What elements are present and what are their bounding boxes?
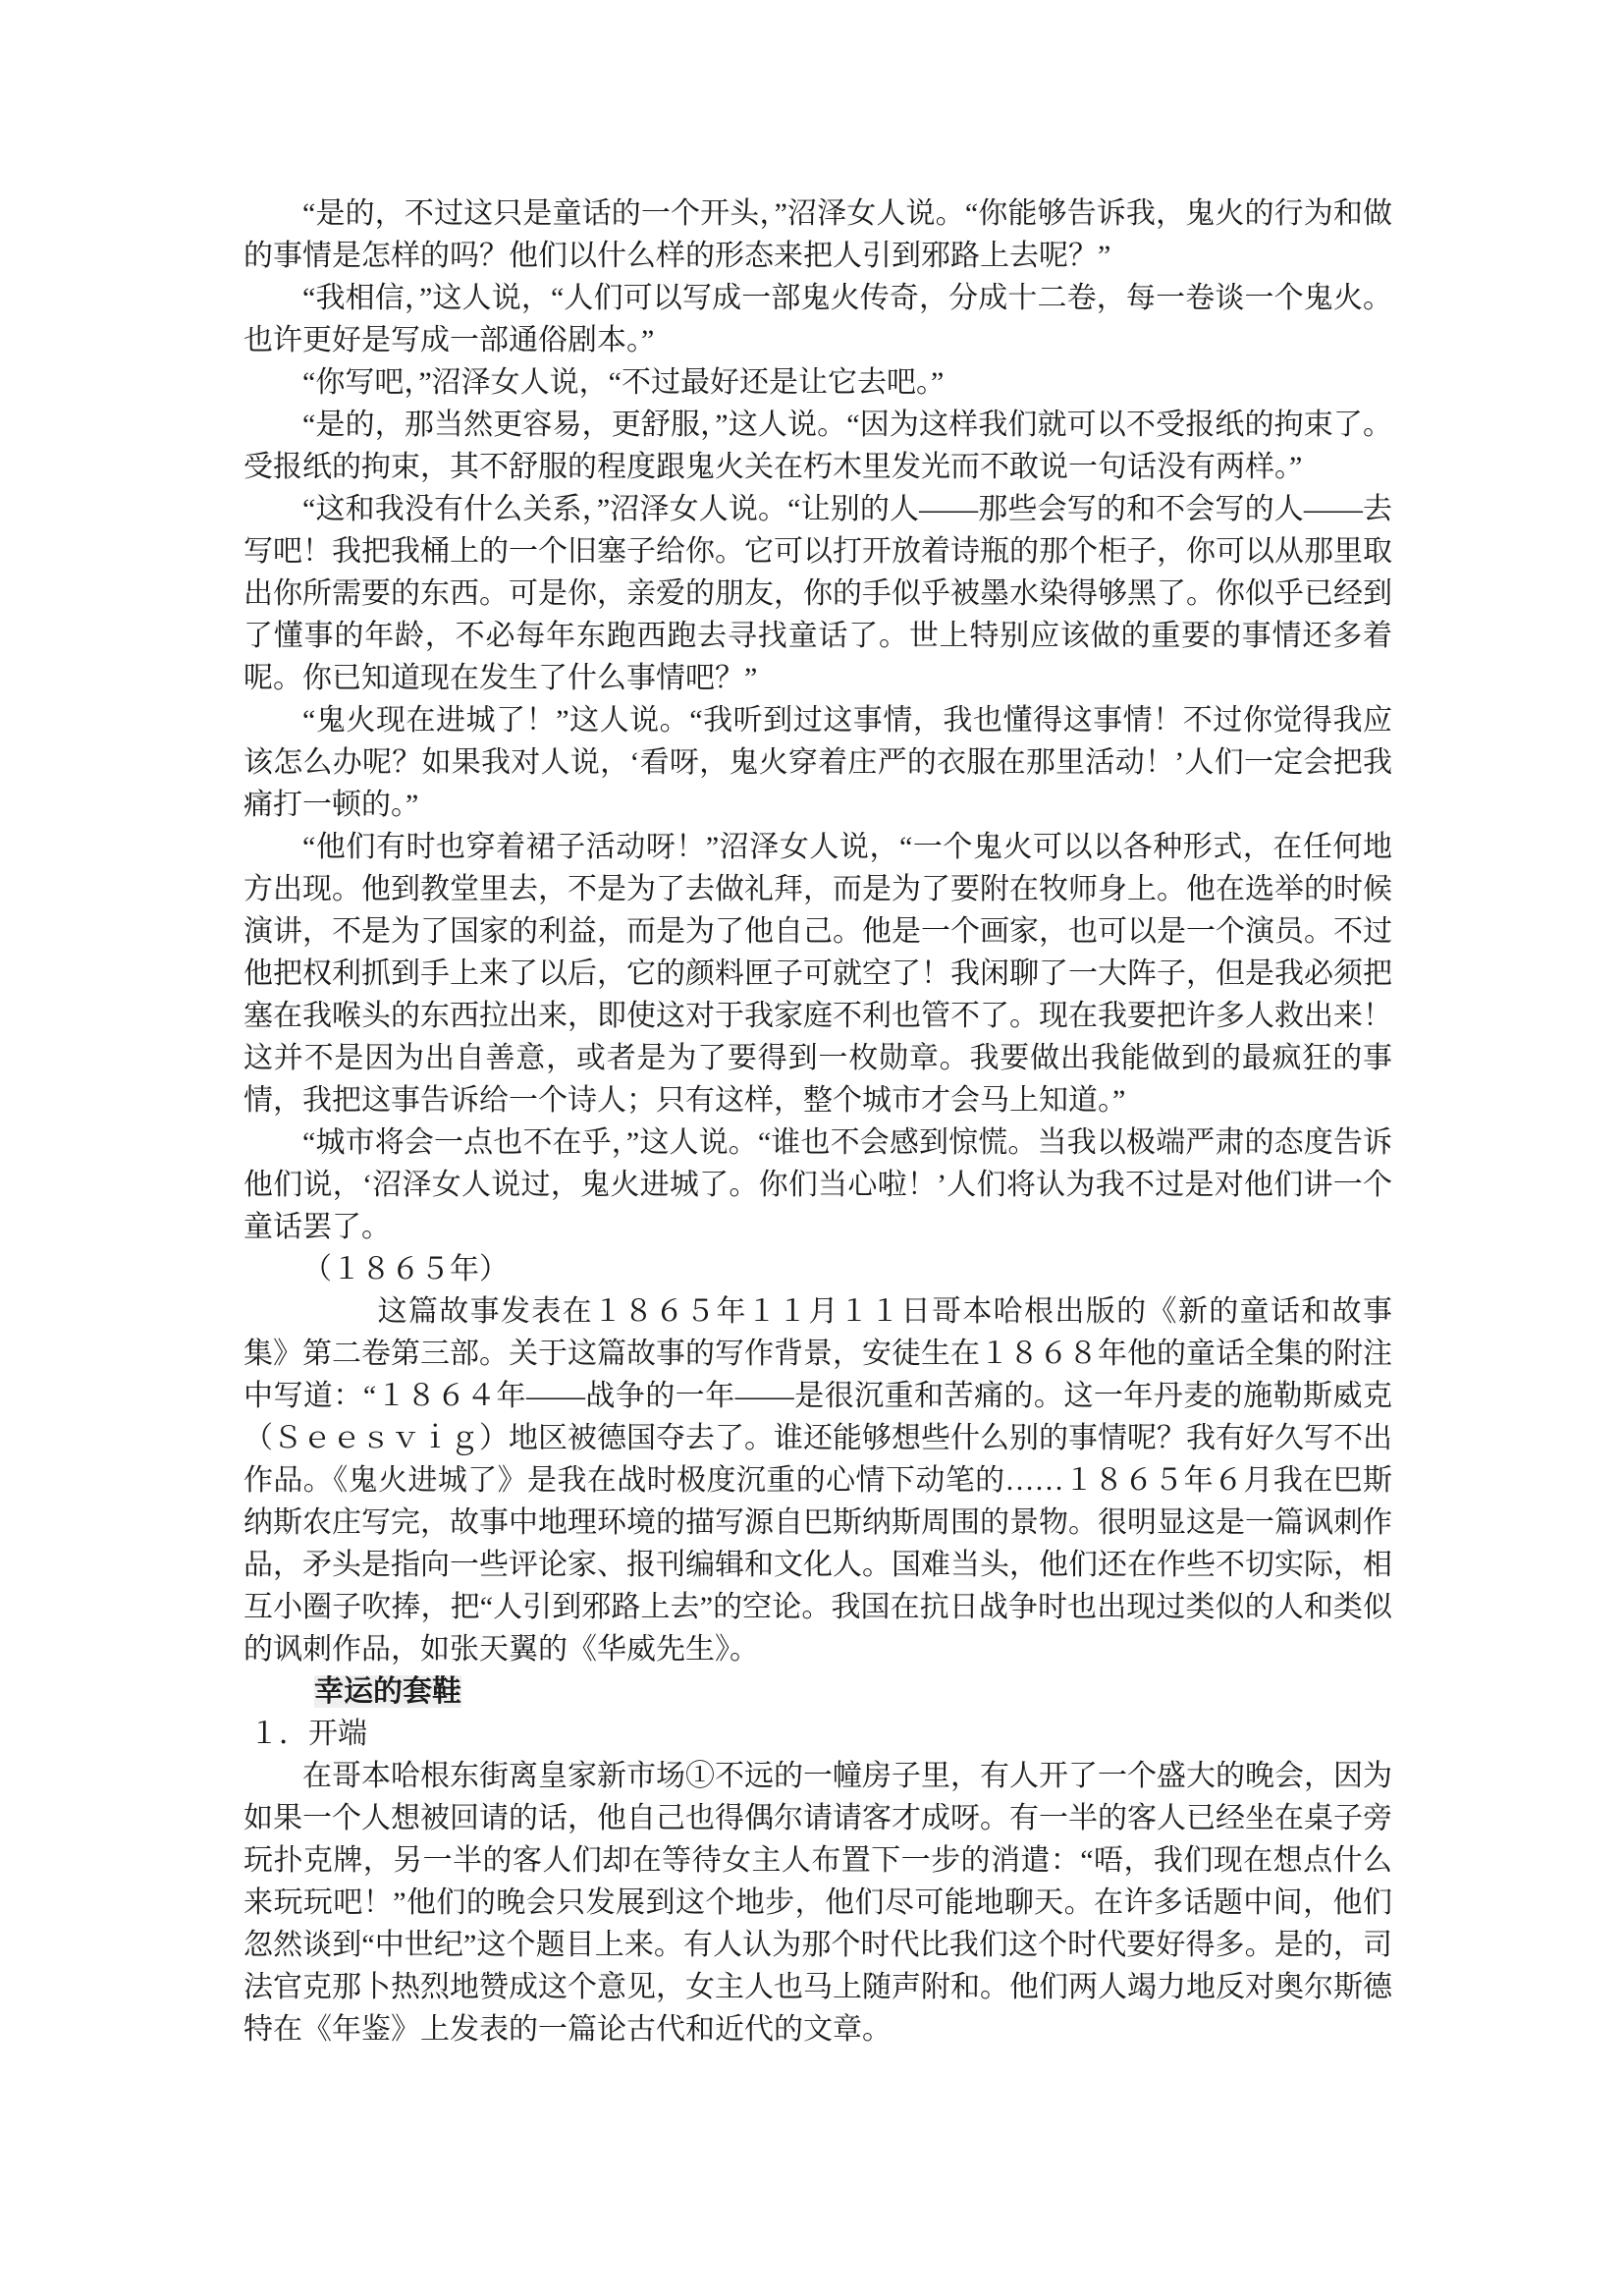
- paragraph: “你写吧，”沼泽女人说，“不过最好还是让它去吧。”: [243, 361, 1392, 404]
- section-heading: 幸运的套鞋: [243, 1670, 1392, 1713]
- paragraph: “他们有时也穿着裙子活动呀！”沼泽女人说，“一个鬼火可以以各种形式，在任何地方出…: [243, 826, 1392, 1121]
- section-title-text: 幸运的套鞋: [314, 1675, 461, 1708]
- year-line: （１８６５年）: [243, 1248, 1392, 1290]
- text-block: “是的，不过这只是童话的一个开头，”沼泽女人说。“你能够告诉我，鬼火的行为和做的…: [243, 192, 1392, 2050]
- subsection-heading: １．开端: [243, 1713, 1392, 1755]
- paragraph: “城市将会一点也不在乎，”这人说。“谁也不会感到惊慌。当我以极端严肃的态度告诉他…: [243, 1121, 1392, 1248]
- paragraph: “这和我没有什么关系，”沼泽女人说。“让别的人——那些会写的和不会写的人——去写…: [243, 488, 1392, 699]
- editor-note-paragraph: 这篇故事发表在１８６５年１１月１１日哥本哈根出版的《新的童话和故事集》第二卷第三…: [243, 1290, 1392, 1670]
- document-page: “是的，不过这只是童话的一个开头，”沼泽女人说。“你能够告诉我，鬼火的行为和做的…: [0, 0, 1623, 2296]
- paragraph: 在哥本哈根东街离皇家新市场①不远的一幢房子里，有人开了一个盛大的晚会，因为如果一…: [243, 1755, 1392, 2050]
- paragraph: “我相信，”这人说，“人们可以写成一部鬼火传奇，分成十二卷，每一卷谈一个鬼火。也…: [243, 277, 1392, 361]
- paragraph: “鬼火现在进城了！”这人说。“我听到过这事情，我也懂得这事情！不过你觉得我应该怎…: [243, 699, 1392, 826]
- paragraph: “是的，不过这只是童话的一个开头，”沼泽女人说。“你能够告诉我，鬼火的行为和做的…: [243, 192, 1392, 277]
- paragraph: “是的，那当然更容易，更舒服，”这人说。“因为这样我们就可以不受报纸的拘束了。受…: [243, 404, 1392, 488]
